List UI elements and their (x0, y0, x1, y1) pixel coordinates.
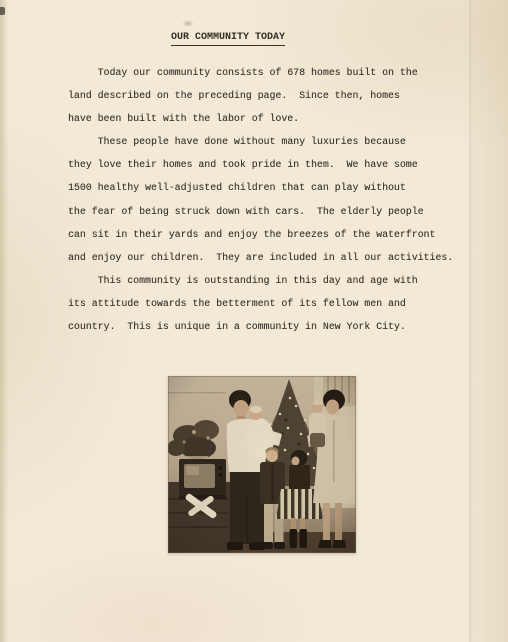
text-line: These people have done without many luxu… (68, 130, 488, 153)
text-line: have been built with the labor of love. (68, 107, 488, 130)
text-line: they love their homes and took pride in … (68, 153, 488, 176)
text-line: the fear of being struck down with cars.… (68, 200, 488, 223)
body-text: Today our community consists of 678 home… (68, 61, 488, 338)
photo-vignette (168, 376, 356, 553)
text-line: This community is outstanding in this da… (68, 269, 488, 292)
smudge-mark (182, 20, 194, 27)
scan-artifact-mark (0, 7, 5, 15)
text-line: land described on the preceding page. Si… (68, 84, 488, 107)
text-line: 1500 healthy well-adjusted children that… (68, 176, 488, 199)
text-line: country. This is unique in a community i… (68, 315, 488, 338)
text-line: Today our community consists of 678 home… (68, 61, 488, 84)
text-line: can sit in their yards and enjoy the bre… (68, 223, 488, 246)
text-line: its attitude towards the betterment of i… (68, 292, 488, 315)
family-photo (168, 376, 356, 553)
text-line: and enjoy our children. They are include… (68, 246, 488, 269)
page-left-edge (0, 0, 7, 642)
scanned-page: OUR COMMUNITY TODAY Today our community … (0, 0, 508, 642)
page-title: OUR COMMUNITY TODAY (171, 32, 285, 46)
